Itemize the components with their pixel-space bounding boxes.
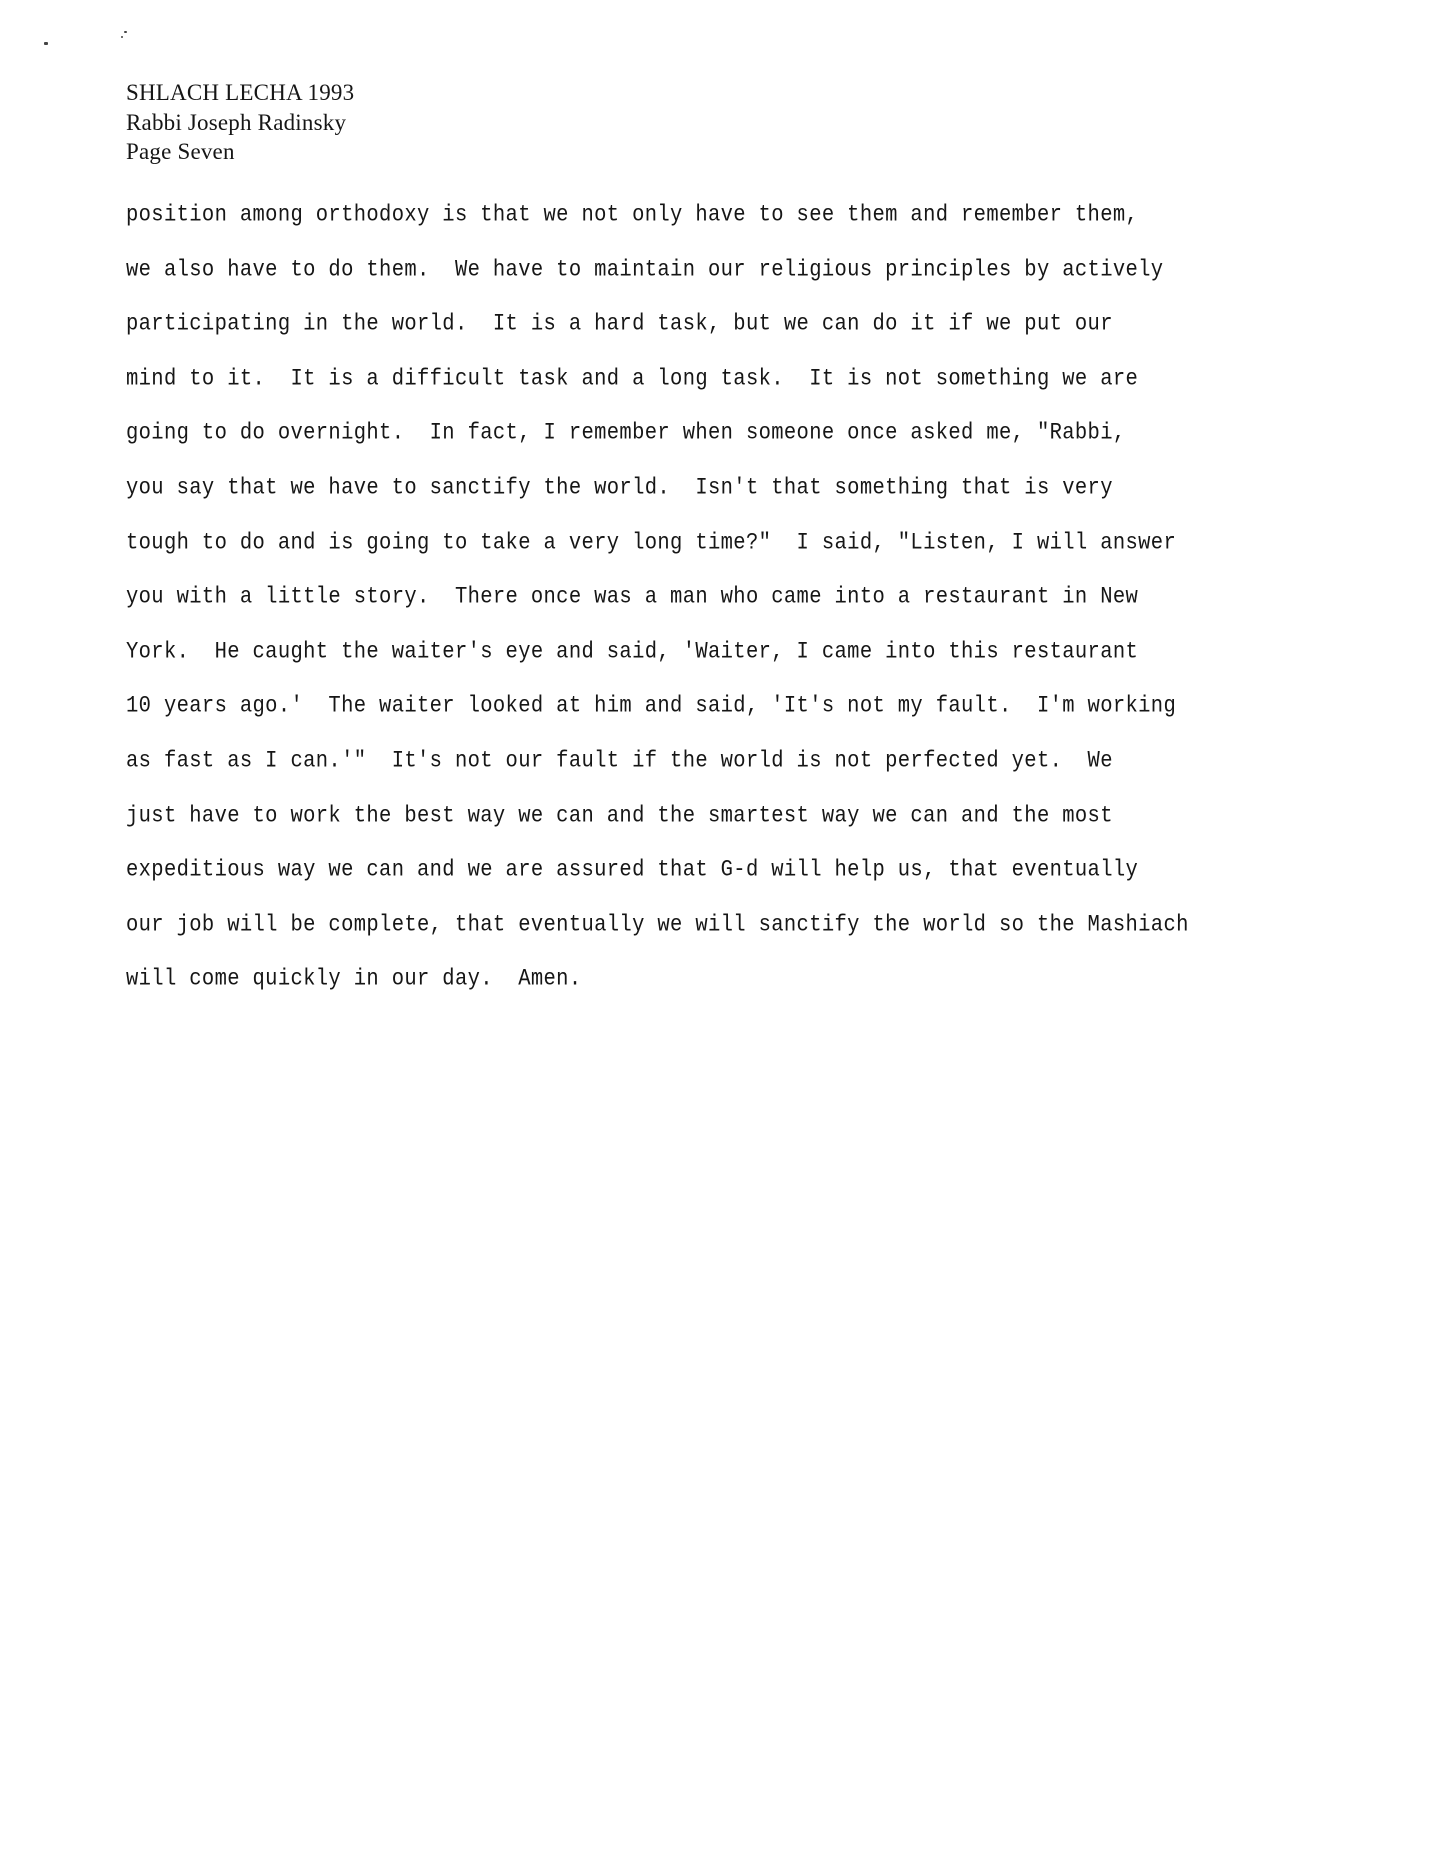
body-line: position among orthodoxy is that we not …: [126, 186, 1276, 247]
page-label: Page Seven: [126, 137, 354, 167]
author-name: Rabbi Joseph Radinsky: [126, 108, 354, 138]
sermon-title: SHLACH LECHA 1993: [126, 78, 354, 108]
body-line: expeditious way we can and we are assure…: [126, 841, 1276, 902]
body-line: as fast as I can.'" It's not our fault i…: [126, 732, 1276, 793]
scanned-document-page: SHLACH LECHA 1993 Rabbi Joseph Radinsky …: [0, 0, 1430, 1851]
sermon-body: position among orthodoxy is that we not …: [126, 189, 1276, 1008]
body-line: participating in the world. It is a hard…: [126, 295, 1276, 356]
body-line: just have to work the best way we can an…: [126, 786, 1276, 847]
body-line: 10 years ago.' The waiter looked at him …: [126, 677, 1276, 738]
body-line: York. He caught the waiter's eye and sai…: [126, 622, 1276, 683]
body-line: will come quickly in our day. Amen.: [126, 950, 1276, 1011]
body-line: you with a little story. There once was …: [126, 568, 1276, 629]
body-line: our job will be complete, that eventuall…: [126, 895, 1276, 956]
scan-speck: [121, 36, 123, 38]
scan-speck: [124, 31, 127, 33]
document-header: SHLACH LECHA 1993 Rabbi Joseph Radinsky …: [126, 78, 354, 167]
body-line: mind to it. It is a difficult task and a…: [126, 350, 1276, 411]
scan-speck: [44, 42, 48, 45]
body-line: going to do overnight. In fact, I rememb…: [126, 404, 1276, 465]
body-line: we also have to do them. We have to main…: [126, 240, 1276, 301]
body-line: you say that we have to sanctify the wor…: [126, 459, 1276, 520]
body-line: tough to do and is going to take a very …: [126, 513, 1276, 574]
